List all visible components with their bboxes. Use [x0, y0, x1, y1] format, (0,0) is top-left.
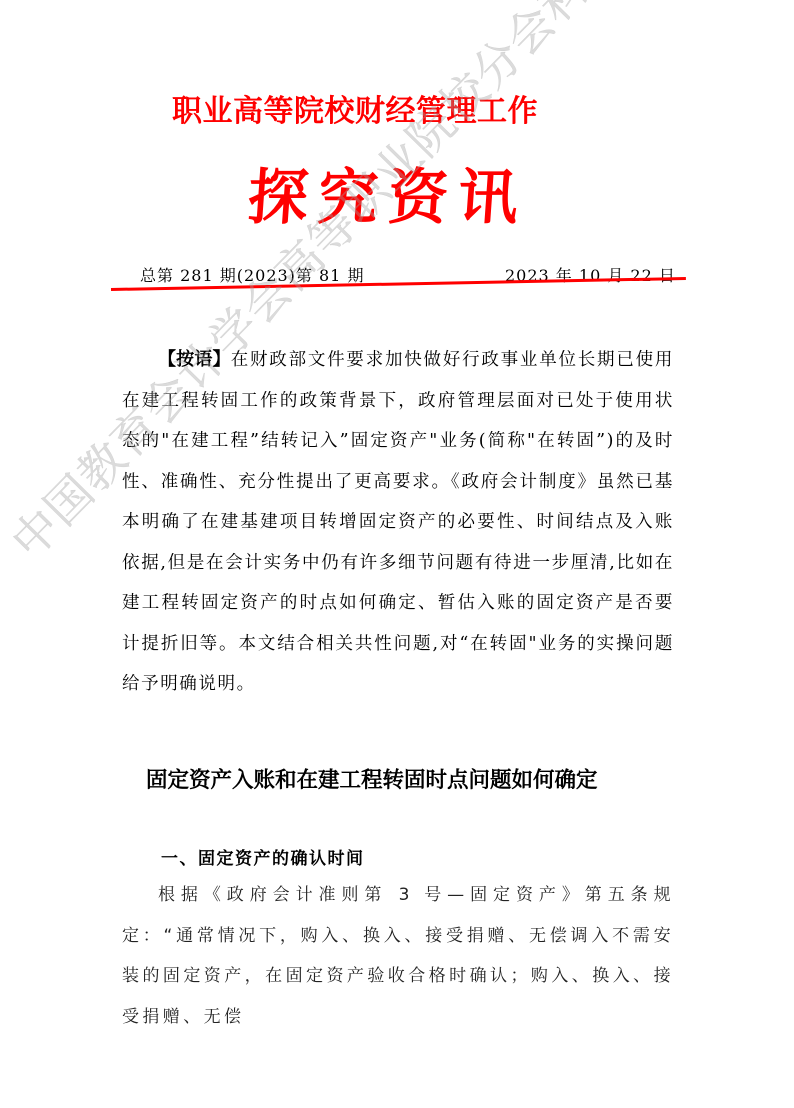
document-page: 职业高等院校财经管理工作 探究资讯 总第 281 期(2023)第 81 期 2…: [0, 0, 794, 1108]
masthead-brand: 探究资讯: [246, 163, 551, 233]
editor-note-label: 【按语】: [158, 349, 231, 370]
editor-note: 【按语】在财政部文件要求加快做好行政事业单位长期已使用在建工程转固工作的政策背景…: [122, 340, 674, 705]
editor-note-text: 在财政部文件要求加快做好行政事业单位长期已使用在建工程转固工作的政策背景下，政府…: [122, 350, 674, 694]
section-heading: 固定资产入账和在建工程转固时点问题如何确定: [146, 764, 666, 798]
masthead-title: 职业高等院校财经管理工作: [172, 92, 592, 132]
subsection-heading: 一、固定资产的确认时间: [161, 845, 365, 873]
body-paragraph: 根据《政府会计准则第 3 号—固定资产》第五条规定：“通常情况下，购入、换入、接…: [122, 875, 674, 1037]
issue-date: 2023 年 10 月 22 日: [505, 265, 676, 287]
